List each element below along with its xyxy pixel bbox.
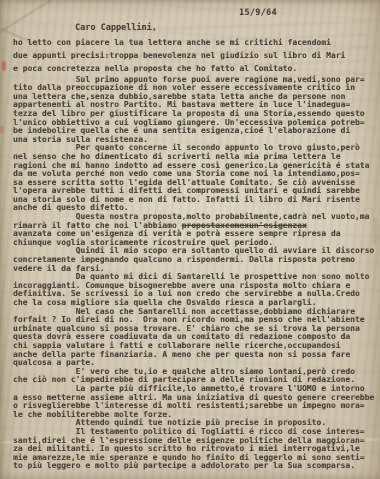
letter-line: due appunti precisi:troppa benevolenza n… [13,49,377,62]
letter-salutation: Caro Cappellini, [75,23,157,33]
letter-line: e poca concretezza nella proposta che ho… [13,62,377,75]
red-edge-stain [2,61,6,71]
red-edge-stain [0,126,3,134]
paper-crease [0,0,52,35]
letter-page: 15/9/64 Caro Cappellini, ho letto con pi… [0,0,380,479]
letter-line: to più leggero e molto più partecipe a a… [13,462,377,471]
letter-date: 15/9/64 [239,8,277,18]
letter-line: ho letto con piacere la tua lettera anch… [13,36,377,49]
letter-body: ho letto con piacere la tua lettera anch… [13,36,377,471]
